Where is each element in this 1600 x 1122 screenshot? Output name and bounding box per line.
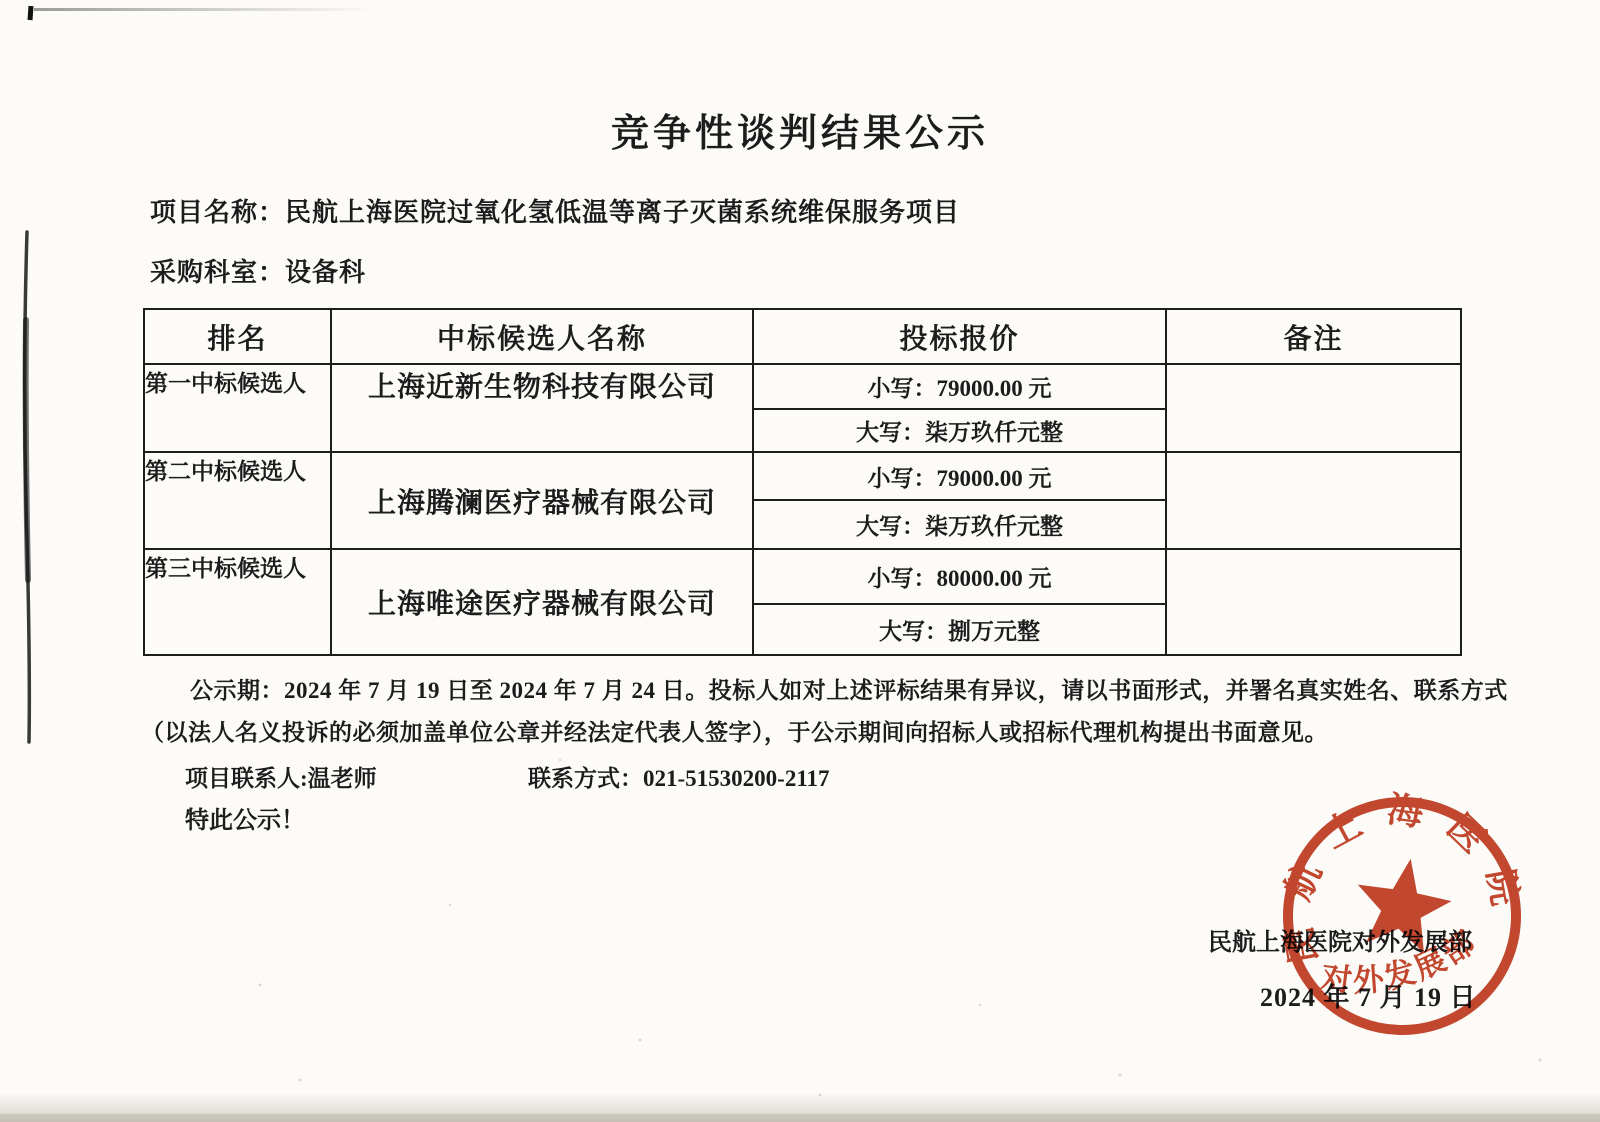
price-capital-cell: 大写：捌万元整 — [753, 604, 1166, 655]
company-cell: 上海唯途医疗器械有限公司 — [331, 549, 753, 655]
contact-method: 联系方式：021-51530200-2117 — [528, 760, 830, 793]
price-capital-cell: 大写：柒万玖仟元整 — [753, 500, 1166, 549]
company-cell: 上海近新生物科技有限公司 — [331, 364, 753, 452]
table-row: 第一中标候选人 上海近新生物科技有限公司 小写：79000.00 元 — [144, 364, 1461, 409]
rank-cell: 第一中标候选人 — [144, 364, 331, 452]
price-small-cell: 小写：79000.00 元 — [753, 364, 1166, 409]
company-cell: 上海腾澜医疗器械有限公司 — [331, 452, 753, 549]
closing-statement: 特此公示！ — [185, 800, 305, 835]
project-name-line: 项目名称：民航上海医院过氧化氢低温等离子灭菌系统维保服务项目 — [150, 192, 960, 229]
contact-person: 项目联系人:温老师 — [185, 760, 377, 793]
rank-cell: 第三中标候选人 — [144, 549, 331, 655]
signature-date: 2024 年 7 月 19 日 — [1260, 977, 1477, 1014]
remark-cell — [1166, 549, 1461, 655]
table-row: 第三中标候选人 上海唯途医疗器械有限公司 小写：80000.00 元 — [144, 549, 1461, 604]
remark-cell — [1166, 364, 1461, 452]
price-small-cell: 小写：80000.00 元 — [753, 549, 1166, 604]
scanned-document-page: 竞争性谈判结果公示 项目名称：民航上海医院过氧化氢低温等离子灭菌系统维保服务项目… — [0, 0, 1600, 1122]
header-rank: 排名 — [144, 309, 331, 364]
bottom-scan-edge — [0, 1114, 1600, 1122]
page-title: 竞争性谈判结果公示 — [0, 102, 1600, 157]
top-scan-line — [34, 8, 374, 11]
header-price: 投标报价 — [753, 309, 1166, 364]
paper-speckles — [259, 699, 1542, 1097]
bottom-scan-band — [0, 1092, 1600, 1122]
table-row: 第二中标候选人 上海腾澜医疗器械有限公司 小写：79000.00 元 — [144, 452, 1461, 500]
remark-cell — [1166, 452, 1461, 549]
notice-paragraph-line-2: （以法人名义投诉的必须加盖单位公章并经法定代表人签字），于公示期间向招标人或招标… — [141, 714, 1328, 747]
signature-org: 民航上海医院对外发展部 — [1208, 922, 1472, 957]
header-company: 中标候选人名称 — [331, 309, 753, 364]
price-small-cell: 小写：79000.00 元 — [753, 452, 1166, 500]
rank-cell: 第二中标候选人 — [144, 452, 331, 549]
price-capital-cell: 大写：柒万玖仟元整 — [753, 409, 1166, 452]
header-remark: 备注 — [1166, 309, 1461, 364]
notice-paragraph-line-1: 公示期：2024 年 7 月 19 日至 2024 年 7 月 24 日。投标人… — [190, 672, 1508, 705]
bid-result-table: 排名 中标候选人名称 投标报价 备注 第一中标候选人 上海近新生物科技有限公司 … — [143, 308, 1462, 656]
corner-mark — [28, 6, 34, 20]
left-edge-scratch-thick — [26, 320, 28, 580]
table-header-row: 排名 中标候选人名称 投标报价 备注 — [144, 309, 1461, 364]
purchasing-dept-line: 采购科室：设备科 — [150, 252, 366, 289]
left-edge-scratch — [25, 232, 30, 742]
